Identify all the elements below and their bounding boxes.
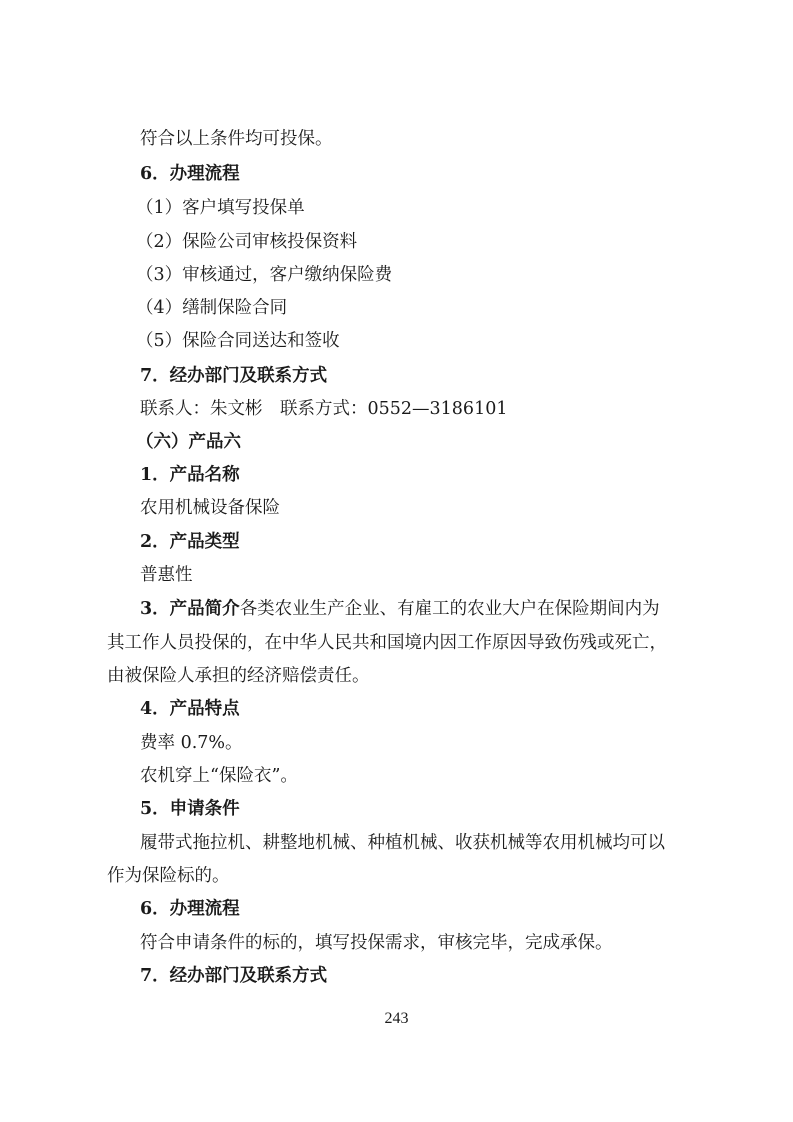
paragraph: 符合以上条件均可投保。	[140, 128, 333, 150]
section-heading: 7．经办部门及联系方式	[140, 365, 327, 387]
paragraph: 履带式拖拉机、耕整地机械、种植机械、收获机械等农用机械均可以	[140, 832, 665, 854]
list-item: （5）保险合同送达和签收	[136, 330, 340, 352]
list-item: （1）客户填写投保单	[136, 197, 305, 219]
section-heading: 7．经办部门及联系方式	[140, 965, 327, 987]
paragraph-text: 各类农业生产企业、有雇工的农业大户在保险期间内为	[240, 599, 660, 619]
paragraph: 农机穿上“保险衣”。	[140, 765, 298, 787]
section-heading: 1．产品名称	[140, 464, 240, 486]
paragraph: 其工作人员投保的，在中华人民共和国境内因工作原因导致伤残或死亡，	[107, 632, 667, 654]
section-heading: 6．办理流程	[140, 898, 240, 920]
page-number: 243	[0, 1010, 793, 1028]
paragraph: 作为保险标的。	[107, 865, 230, 887]
inline-heading: 3．产品简介	[140, 599, 240, 619]
paragraph: 普惠性	[140, 564, 193, 586]
paragraph: 农用机械设备保险	[140, 497, 280, 519]
paragraph: 由被保险人承担的经济赔偿责任。	[107, 665, 370, 687]
section-heading: 2．产品类型	[140, 531, 240, 553]
section-heading: 5．申请条件	[140, 798, 240, 820]
section-heading: 4．产品特点	[140, 698, 240, 720]
paragraph: 符合申请条件的标的，填写投保需求，审核完毕，完成承保。	[140, 932, 613, 954]
paragraph: 费率 0.7%。	[140, 732, 243, 754]
contact-info: 联系人：朱文彬 联系方式：0552—3186101	[140, 398, 507, 420]
paragraph: 3．产品简介各类农业生产企业、有雇工的农业大户在保险期间内为	[140, 598, 660, 620]
product-heading: （六）产品六	[136, 431, 241, 453]
section-heading: 6．办理流程	[140, 163, 240, 185]
list-item: （3）审核通过，客户缴纳保险费	[136, 264, 392, 286]
list-item: （2）保险公司审核投保资料	[136, 231, 357, 253]
list-item: （4）缮制保险合同	[136, 297, 287, 319]
